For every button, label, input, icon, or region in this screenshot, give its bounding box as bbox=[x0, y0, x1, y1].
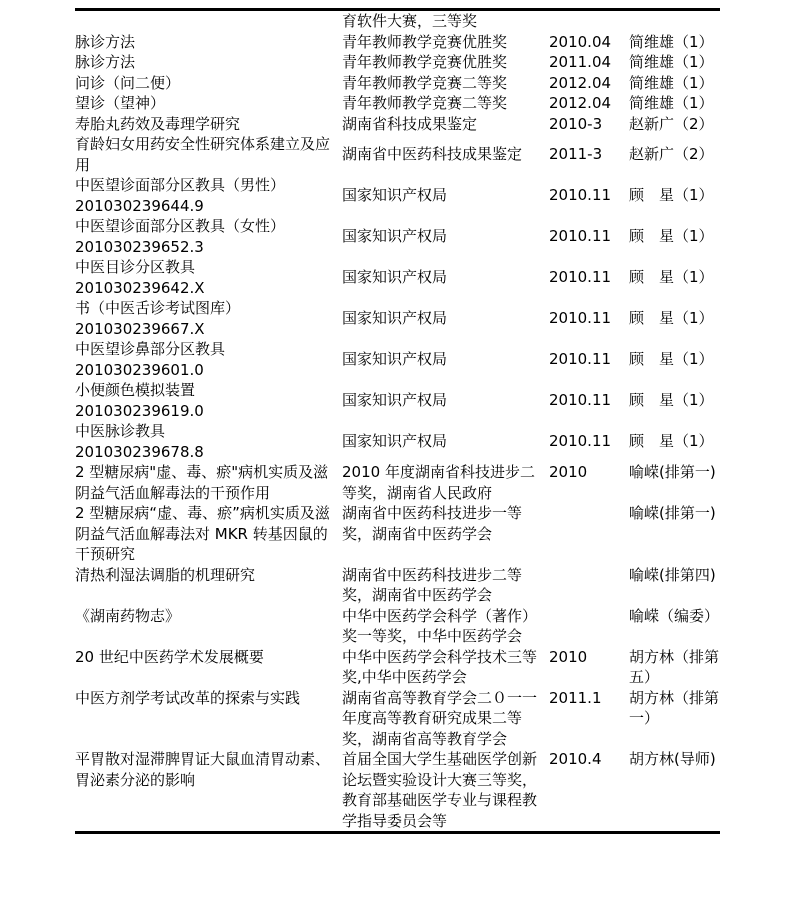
awardee-cell: 顾 星（1） bbox=[629, 380, 720, 421]
table-row: 中医方剂学考试改革的探索与实践湖南省高等教育学会二０一一年度高等教育研究成果二等… bbox=[75, 688, 720, 750]
work-title-cell: 脉诊方法 bbox=[75, 52, 342, 73]
date-cell bbox=[549, 606, 629, 647]
work-title-cell: 2 型糖尿病“虚、毒、瘀”病机实质及滋阴益气活血解毒法对 MKR 转基因鼠的干预… bbox=[75, 503, 342, 565]
table-row: 脉诊方法青年教师教学竞赛优胜奖2010.04简维雄（1） bbox=[75, 32, 720, 53]
award-cell: 湖南省中医药科技进步一等奖，湖南省中医药学会 bbox=[342, 503, 549, 565]
table-row: 2 型糖尿病“虚、毒、瘀”病机实质及滋阴益气活血解毒法对 MKR 转基因鼠的干预… bbox=[75, 503, 720, 565]
date-cell: 2010.11 bbox=[549, 216, 629, 257]
award-cell: 湖南省中医药科技进步二等奖，湖南省中医药学会 bbox=[342, 565, 549, 606]
awardee-cell: 胡方林（排第五） bbox=[629, 647, 720, 688]
awardee-cell: 顾 星（1） bbox=[629, 339, 720, 380]
work-title-cell: 中医望诊面部分区教具（男性） 201030239644.9 bbox=[75, 175, 342, 216]
award-cell: 青年教师教学竞赛二等奖 bbox=[342, 93, 549, 114]
awardee-cell: 顾 星（1） bbox=[629, 175, 720, 216]
date-cell: 2012.04 bbox=[549, 93, 629, 114]
date-cell: 2010.11 bbox=[549, 298, 629, 339]
award-cell: 国家知识产权局 bbox=[342, 421, 549, 462]
awardee-cell: 喻嵘(排第一) bbox=[629, 462, 720, 503]
work-title-cell: 问诊（问二便） bbox=[75, 73, 342, 94]
awardee-cell bbox=[629, 11, 720, 32]
award-cell: 湖南省科技成果鉴定 bbox=[342, 114, 549, 135]
awardee-cell: 顾 星（1） bbox=[629, 421, 720, 462]
awardee-cell: 胡方林（排第一） bbox=[629, 688, 720, 750]
work-title-cell: 寿胎丸药效及毒理学研究 bbox=[75, 114, 342, 135]
date-cell: 2010.11 bbox=[549, 257, 629, 298]
award-cell: 国家知识产权局 bbox=[342, 380, 549, 421]
date-cell: 2010.11 bbox=[549, 339, 629, 380]
table-row: 望诊（望神）青年教师教学竞赛二等奖2012.04简维雄（1） bbox=[75, 93, 720, 114]
awardee-cell: 顾 星（1） bbox=[629, 216, 720, 257]
table-row: 中医望诊面部分区教具（女性） 201030239652.3国家知识产权局2010… bbox=[75, 216, 720, 257]
table-row: 20 世纪中医药学术发展概要中华中医药学会科学技术三等奖,中华中医药学会2010… bbox=[75, 647, 720, 688]
awardee-cell: 简维雄（1） bbox=[629, 93, 720, 114]
work-title-cell: 中医脉诊教具 201030239678.8 bbox=[75, 421, 342, 462]
award-cell: 青年教师教学竞赛优胜奖 bbox=[342, 52, 549, 73]
table-row: 寿胎丸药效及毒理学研究湖南省科技成果鉴定2010-3赵新广（2） bbox=[75, 114, 720, 135]
awardee-cell: 简维雄（1） bbox=[629, 32, 720, 53]
date-cell: 2011-3 bbox=[549, 134, 629, 175]
awardee-cell: 赵新广（2） bbox=[629, 134, 720, 175]
award-cell: 中华中医药学会科学（著作）奖一等奖，中华中医药学会 bbox=[342, 606, 549, 647]
award-cell: 湖南省中医药科技成果鉴定 bbox=[342, 134, 549, 175]
award-cell: 育软件大赛，三等奖 bbox=[342, 11, 549, 32]
work-title-cell: 中医望诊鼻部分区教具 201030239601.0 bbox=[75, 339, 342, 380]
date-cell: 2010.4 bbox=[549, 749, 629, 831]
date-cell: 2010.11 bbox=[549, 380, 629, 421]
work-title-cell: 书（中医舌诊考试图库） 201030239667.X bbox=[75, 298, 342, 339]
date-cell: 2012.04 bbox=[549, 73, 629, 94]
award-cell: 湖南省高等教育学会二０一一年度高等教育研究成果二等奖，湖南省高等教育学会 bbox=[342, 688, 549, 750]
awardee-cell: 胡方林(导师) bbox=[629, 749, 720, 831]
table-row: 育龄妇女用药安全性研究体系建立及应用湖南省中医药科技成果鉴定2011-3赵新广（… bbox=[75, 134, 720, 175]
awards-table: 育软件大赛，三等奖脉诊方法青年教师教学竞赛优胜奖2010.04简维雄（1）脉诊方… bbox=[75, 8, 720, 834]
award-cell: 国家知识产权局 bbox=[342, 216, 549, 257]
awardee-cell: 喻嵘(排第四) bbox=[629, 565, 720, 606]
work-title-cell: 望诊（望神） bbox=[75, 93, 342, 114]
table-row: 2 型糖尿病"虚、毒、瘀"病机实质及滋阴益气活血解毒法的干预作用2010 年度湖… bbox=[75, 462, 720, 503]
work-title-cell: 脉诊方法 bbox=[75, 32, 342, 53]
work-title-cell: 清热利湿法调脂的机理研究 bbox=[75, 565, 342, 606]
table-row: 中医目诊分区教具 201030239642.X国家知识产权局2010.11顾 星… bbox=[75, 257, 720, 298]
awardee-cell: 简维雄（1） bbox=[629, 52, 720, 73]
work-title-cell: 小便颜色模拟装置 201030239619.0 bbox=[75, 380, 342, 421]
awardee-cell: 喻嵘（编委） bbox=[629, 606, 720, 647]
table-row: 脉诊方法青年教师教学竞赛优胜奖2011.04简维雄（1） bbox=[75, 52, 720, 73]
award-cell: 首届全国大学生基础医学创新论坛暨实验设计大赛三等奖，教育部基础医学专业与课程教学… bbox=[342, 749, 549, 831]
award-cell: 2010 年度湖南省科技进步二等奖，湖南省人民政府 bbox=[342, 462, 549, 503]
award-cell: 国家知识产权局 bbox=[342, 339, 549, 380]
award-cell: 国家知识产权局 bbox=[342, 298, 549, 339]
award-cell: 中华中医药学会科学技术三等奖,中华中医药学会 bbox=[342, 647, 549, 688]
work-title-cell: 中医方剂学考试改革的探索与实践 bbox=[75, 688, 342, 750]
date-cell: 2010.11 bbox=[549, 175, 629, 216]
date-cell: 2010 bbox=[549, 647, 629, 688]
work-title-cell: 平胃散对湿滞脾胃证大鼠血清胃动素、胃泌素分泌的影响 bbox=[75, 749, 342, 831]
table-row: 中医望诊鼻部分区教具 201030239601.0国家知识产权局2010.11顾… bbox=[75, 339, 720, 380]
date-cell bbox=[549, 565, 629, 606]
work-title-cell: 育龄妇女用药安全性研究体系建立及应用 bbox=[75, 134, 342, 175]
table-row: 平胃散对湿滞脾胃证大鼠血清胃动素、胃泌素分泌的影响首届全国大学生基础医学创新论坛… bbox=[75, 749, 720, 831]
table-row: 清热利湿法调脂的机理研究湖南省中医药科技进步二等奖，湖南省中医药学会喻嵘(排第四… bbox=[75, 565, 720, 606]
work-title-cell: 中医目诊分区教具 201030239642.X bbox=[75, 257, 342, 298]
award-cell: 青年教师教学竞赛优胜奖 bbox=[342, 32, 549, 53]
work-title-cell bbox=[75, 11, 342, 32]
work-title-cell: 《湖南药物志》 bbox=[75, 606, 342, 647]
award-cell: 国家知识产权局 bbox=[342, 257, 549, 298]
awards-table-body: 育软件大赛，三等奖脉诊方法青年教师教学竞赛优胜奖2010.04简维雄（1）脉诊方… bbox=[75, 11, 720, 831]
work-title-cell: 20 世纪中医药学术发展概要 bbox=[75, 647, 342, 688]
table-row: 问诊（问二便）青年教师教学竞赛二等奖2012.04简维雄（1） bbox=[75, 73, 720, 94]
award-cell: 青年教师教学竞赛二等奖 bbox=[342, 73, 549, 94]
awards-table-grid: 育软件大赛，三等奖脉诊方法青年教师教学竞赛优胜奖2010.04简维雄（1）脉诊方… bbox=[75, 11, 720, 831]
work-title-cell: 2 型糖尿病"虚、毒、瘀"病机实质及滋阴益气活血解毒法的干预作用 bbox=[75, 462, 342, 503]
awardee-cell: 顾 星（1） bbox=[629, 257, 720, 298]
date-cell: 2010-3 bbox=[549, 114, 629, 135]
table-row: 育软件大赛，三等奖 bbox=[75, 11, 720, 32]
table-row: 书（中医舌诊考试图库） 201030239667.X国家知识产权局2010.11… bbox=[75, 298, 720, 339]
awardee-cell: 简维雄（1） bbox=[629, 73, 720, 94]
date-cell: 2011.1 bbox=[549, 688, 629, 750]
date-cell: 2010.04 bbox=[549, 32, 629, 53]
award-cell: 国家知识产权局 bbox=[342, 175, 549, 216]
awardee-cell: 赵新广（2） bbox=[629, 114, 720, 135]
table-row: 小便颜色模拟装置 201030239619.0国家知识产权局2010.11顾 星… bbox=[75, 380, 720, 421]
awardee-cell: 喻嵘(排第一) bbox=[629, 503, 720, 565]
table-row: 中医望诊面部分区教具（男性） 201030239644.9国家知识产权局2010… bbox=[75, 175, 720, 216]
table-row: 《湖南药物志》中华中医药学会科学（著作）奖一等奖，中华中医药学会喻嵘（编委） bbox=[75, 606, 720, 647]
awardee-cell: 顾 星（1） bbox=[629, 298, 720, 339]
table-row: 中医脉诊教具 201030239678.8国家知识产权局2010.11顾 星（1… bbox=[75, 421, 720, 462]
date-cell: 2010.11 bbox=[549, 421, 629, 462]
document-page: 育软件大赛，三等奖脉诊方法青年教师教学竞赛优胜奖2010.04简维雄（1）脉诊方… bbox=[0, 0, 793, 922]
date-cell: 2010 bbox=[549, 462, 629, 503]
date-cell bbox=[549, 503, 629, 565]
date-cell: 2011.04 bbox=[549, 52, 629, 73]
date-cell bbox=[549, 11, 629, 32]
work-title-cell: 中医望诊面部分区教具（女性） 201030239652.3 bbox=[75, 216, 342, 257]
